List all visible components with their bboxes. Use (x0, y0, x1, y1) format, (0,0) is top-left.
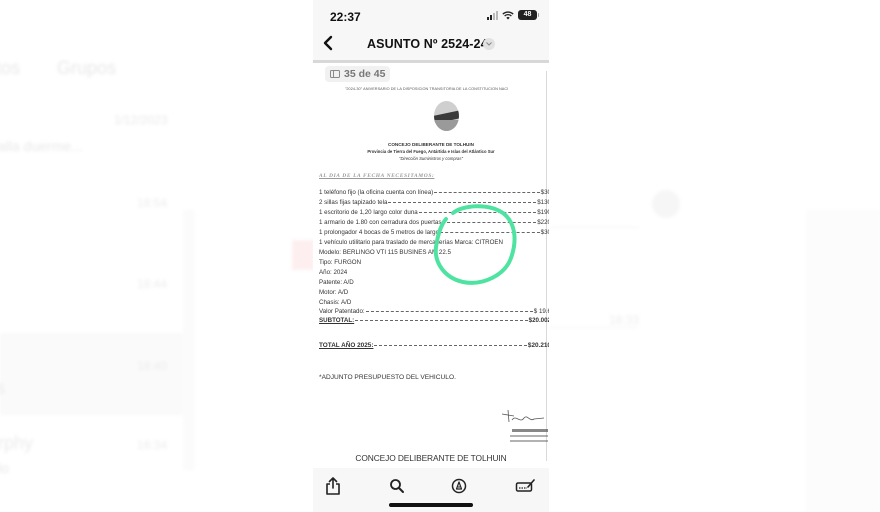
background-divider (549, 327, 639, 328)
org-province: Provincia de Tierra del Fuego, Antártida… (313, 149, 549, 154)
markup-button[interactable] (448, 475, 470, 497)
markup-pen-icon (451, 478, 467, 494)
page-indicator[interactable]: 35 de 45 (325, 66, 390, 82)
home-indicator[interactable] (389, 503, 473, 507)
background-contact-name: rphy (0, 433, 33, 454)
org-department: "Dirección Suministros y compras" (313, 156, 549, 161)
signature-stamp (500, 408, 549, 448)
phone-screen: 22:37 48 ASUNTO Nº 2524-24 (313, 0, 549, 512)
page-indicator-text: 35 de 45 (344, 68, 385, 80)
status-icons: 48 (487, 10, 537, 20)
vehicle-plate: Patente: A/D (319, 279, 354, 286)
attachment-note: *ADJUNTO PRESUPUESTO DEL VEHICULO. (319, 374, 456, 381)
cellular-signal-icon (487, 11, 498, 20)
background-time: 18:54 (137, 196, 167, 210)
total-row: TOTAL AÑO 2025:$20.210 (319, 342, 549, 349)
org-name: CONCEJO DELIBERANTE DE TOLHUIN (313, 142, 549, 147)
footer-org: CONCEJO DELIBERANTE DE TOLHUIN (313, 453, 549, 463)
document-header-line: "2024-30° ANIVERSARIO DE LA DISPOSICION … (345, 87, 508, 91)
document-title[interactable]: ASUNTO Nº 2524-24 (367, 37, 488, 51)
status-time: 22:37 (330, 10, 361, 24)
battery-icon: 48 (518, 10, 537, 20)
background-time: 18:44 (137, 277, 167, 291)
council-logo (434, 101, 459, 131)
subtotal-row: SUBTOTAL:$20.002 (319, 317, 549, 324)
line-item: 1 escritorio de 1,20 largo color duna$19… (319, 209, 549, 216)
background-row-text: s (0, 378, 5, 399)
sidebar-icon (330, 70, 340, 78)
sign-button[interactable] (514, 475, 536, 497)
background-panel (806, 210, 880, 512)
wifi-icon (502, 11, 514, 20)
need-title: AL DIA DE LA FECHA NECESITAMOS: (319, 173, 434, 179)
background-time: 18:34 (137, 438, 167, 452)
vehicle-year: Año: 2024 (319, 269, 347, 276)
background-avatar (652, 190, 680, 218)
valor-patentado-row: Valor Patentado:$ 19.6 (319, 308, 549, 315)
background-time: 18:40 (137, 359, 167, 373)
vehicle-engine: Motor: A/D (319, 289, 348, 296)
signature-icon (500, 408, 549, 430)
line-item: 1 armario de 1.80 con cerradura dos puer… (319, 219, 549, 226)
vehicle-chassis: Chasis: A/D (319, 299, 351, 306)
share-button[interactable] (322, 475, 344, 497)
back-button[interactable] (319, 33, 339, 53)
vehicle-model: Modelo: BERLINGO VTI 115 BUSINES AM 22.5 (319, 249, 451, 256)
chevron-down-icon (486, 42, 492, 46)
background-tab-groups: Grupos (57, 58, 116, 79)
line-item: 1 prolongador 4 bocas de 5 metros de lar… (319, 229, 549, 236)
background-chat-list: tos Grupos 1/12/2023 alla duerme... 18:5… (0, 0, 313, 512)
line-item: 1 teléfono fijo (la oficina cuenta con l… (319, 189, 549, 196)
search-button[interactable] (386, 475, 408, 497)
signature-pen-icon (515, 478, 535, 494)
background-badge (292, 240, 314, 270)
search-icon (389, 478, 405, 494)
share-icon (325, 477, 341, 495)
vehicle-type: Tipo: FURGON (319, 259, 361, 266)
background-divider (183, 210, 195, 470)
chevron-left-icon (319, 33, 339, 53)
background-chat-preview: alla duerme... (0, 138, 83, 154)
line-item: 2 sillas fijas tapizado tela$130 (319, 199, 549, 206)
background-tab-contacts: tos (0, 58, 20, 79)
vehicle-line: 1 vehículo utilitario para traslado de m… (319, 239, 503, 246)
page-edge (546, 71, 547, 461)
background-divider (549, 227, 639, 228)
title-menu-button[interactable] (483, 38, 495, 50)
pdf-page[interactable]: 35 de 45 "2024-30° ANIVERSARIO DE LA DIS… (313, 63, 549, 468)
background-date: 1/12/2023 (114, 113, 167, 127)
navigation-bar: ASUNTO Nº 2524-24 (313, 30, 549, 58)
background-selected-row (0, 333, 185, 415)
background-contact-sub: lo (0, 460, 9, 476)
background-time: 18:33 (609, 313, 639, 327)
status-bar: 22:37 48 (313, 0, 549, 30)
